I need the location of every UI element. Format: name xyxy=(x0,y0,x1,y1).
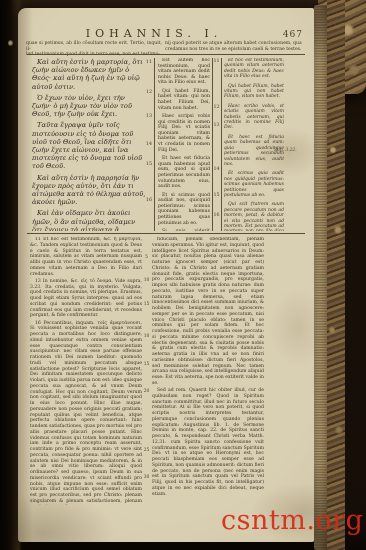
verse-number: 12 xyxy=(141,90,152,95)
vulgate-verse: Qui habet Filium, habet vitam: qui non h… xyxy=(224,84,284,100)
verse-number: 12 xyxy=(212,105,221,110)
line-number: 15 xyxy=(142,302,151,307)
line-number: 25 xyxy=(142,448,151,453)
vulgate-verse: Haec scribo vobis, vt sciatis quoniam vi… xyxy=(224,104,284,131)
verse-number: 13 xyxy=(141,114,152,119)
line-number: 20 xyxy=(142,389,151,394)
horizontal-rule xyxy=(27,233,305,234)
latin-verse: Qui habet Filium, habet vitam: qui non h… xyxy=(158,89,210,111)
margin-reference: Sup. 3.22. xyxy=(274,148,312,153)
carryover-note-right: nij quod poterit se atque alterum habet … xyxy=(165,41,303,52)
vulgate-verse: Et scimus quia audit nos quidquid petier… xyxy=(224,171,284,198)
greek-verse: Ταῦτα ἔγραψα ὑμῖν τοῖς πιστεύουσιν εἰς τ… xyxy=(32,121,146,170)
line-number: 30 xyxy=(142,475,151,480)
verse-number: 15 xyxy=(141,162,152,167)
annotation-paragraph: Sed ad rem. Quaerit hic obiter illud, cu… xyxy=(152,388,264,497)
vulgate-verse: Qui scit fratrem suum peccare peccatum n… xyxy=(224,202,284,231)
marbled-book-edge xyxy=(327,0,345,550)
csntm-watermark: csntm.org xyxy=(221,505,363,536)
running-header-title: IOHANNIS. I. xyxy=(18,27,290,40)
line-number: 10 xyxy=(142,278,151,283)
vulgate-verse: Et hoc est testimonium, quoniam vitam ae… xyxy=(224,58,284,80)
line-number: 5 xyxy=(142,255,151,260)
book-photo: { "header": { "title": "IOHANNIS. I.", "… xyxy=(0,0,366,550)
latin-verse: Est autem hoc testimonium, quod vitam ae… xyxy=(158,58,210,86)
annotations-left-column: 11 Et hoc est testimonium, &c. ἡ μαρτυρί… xyxy=(30,237,142,505)
verse-number: 14 xyxy=(141,142,152,147)
latin-vulgate-column: Et hoc est testimonium, quoniam vitam ae… xyxy=(224,58,284,231)
verse-number: 16 xyxy=(212,213,221,218)
annotation-paragraph: 16 Peccantibus, inquam. τοῖς ἁμαρτάνουσι… xyxy=(30,321,142,506)
greek-verse: Καὶ αὕτη ἐστὶν ἡ παρρησία ἣν ἔχομεν πρὸς… xyxy=(32,174,146,207)
annotation-paragraph: fiduciam, plenam obedientiam, plenam ven… xyxy=(152,237,264,387)
latin-verse: Haec scripsi vobis qui creditis in nomen… xyxy=(158,114,210,153)
verse-number: 13 xyxy=(212,123,221,128)
book-page: IOHANNIS. I. 467 quae si petimus, ab ill… xyxy=(18,8,314,542)
verse-number: 11 xyxy=(141,60,152,65)
page-number: 467 xyxy=(283,30,303,40)
annotations-right-column: fiduciam, plenam obedientiam, plenam ven… xyxy=(152,237,264,505)
greek-verse: Καὶ ἐὰν οἴδαμεν ὅτι ἀκούει ἡμῶν, ὃ ἂν αἰ… xyxy=(32,209,146,231)
verse-number: 14 xyxy=(212,167,221,172)
greek-verse: Ὁ ἔχων τὸν υἱὸν, ἔχει τὴν ζωήν· ὁ μὴ ἔχω… xyxy=(32,94,146,119)
verse-number: 16 xyxy=(141,198,152,203)
annotation-paragraph: 11 Et hoc est testimonium, &c. ἡ μαρτυρί… xyxy=(30,237,142,277)
carryover-line: nij quod poterit se atque alterum habet … xyxy=(165,41,303,47)
carryover-line: quae si petimus, ab illo cōsultam recte … xyxy=(26,41,162,52)
line-number: 10 xyxy=(142,334,151,339)
latin-beza-column: Est autem hoc testimonium, quod vitam ae… xyxy=(158,58,210,231)
line-number: 15 xyxy=(142,362,151,367)
latin-verse: Et haec est fiducia quam habemus apud eu… xyxy=(158,156,210,189)
paper-speck xyxy=(8,40,13,46)
column-rule xyxy=(154,58,155,231)
column-rule xyxy=(221,58,222,231)
carryover-line: credamus nos tres in re se epistolam cae… xyxy=(165,47,303,53)
latin-verse: Et si scimus quod audiat nos, quicquid p… xyxy=(158,193,210,226)
annotation-paragraph: 13 In nomine, &c. εἰς τὸ ὄνομα. Vide sup… xyxy=(30,279,142,319)
latin-verse: Si quis viderit fratrem suum peccare pec… xyxy=(158,229,210,231)
greek-verse: Καὶ αὕτη ἐστὶν ἡ μαρτυρία, ὅτι ζωὴν αἰών… xyxy=(32,58,146,91)
verse-number: 11 xyxy=(212,59,221,64)
carryover-note-left: quae si petimus, ab illo cōsultam recte … xyxy=(26,41,162,58)
verse-number: 15 xyxy=(212,193,221,198)
greek-text-column: Καὶ αὕτη ἐστὶν ἡ μαρτυρία, ὅτι ζωὴν αἰών… xyxy=(32,58,146,231)
page-fore-edge xyxy=(314,5,327,550)
horizontal-rule xyxy=(27,54,305,55)
column-rule xyxy=(212,58,213,231)
